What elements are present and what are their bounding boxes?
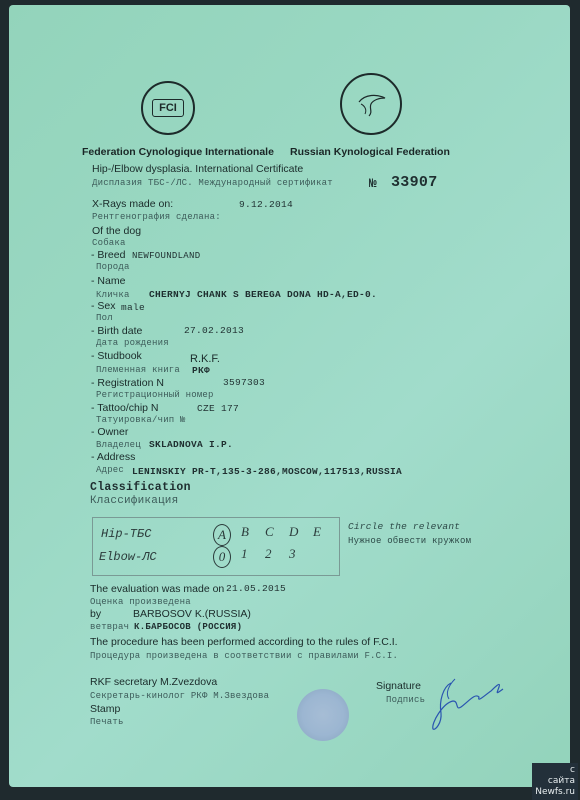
- classification-title-en: Classification: [90, 481, 191, 494]
- sex-label-en: - Sex: [91, 300, 116, 312]
- studbook-value-en: R.K.F.: [190, 353, 220, 365]
- stamp-seal: [297, 689, 349, 741]
- studbook-label-ru: Племенная книга: [96, 365, 180, 375]
- fci-globe-icon: FCI: [152, 99, 184, 117]
- watermark-line-1: с: [535, 765, 575, 776]
- breed-label-en: - Breed: [91, 249, 125, 261]
- classification-box: Hip-ТБС Elbow-ЛС ABCDE 0123: [92, 517, 340, 576]
- fci-logo-text: FCI: [159, 102, 177, 114]
- tattoo-label-ru: Татуировка/чип №: [96, 415, 186, 425]
- hip-label: Hip-ТБС: [101, 527, 151, 541]
- procedure-ru: Процедура произведена в соответствии с п…: [90, 651, 398, 661]
- birth-label-ru: Дата рождения: [96, 338, 169, 348]
- certificate-title-ru: Дисплазия ТБС-/ЛС. Международный сертифи…: [92, 178, 333, 188]
- certificate-number: 33907: [391, 174, 438, 191]
- by-label-ru: ветврач: [90, 622, 129, 632]
- certificate-paper: FCI Federation Cynologique International…: [9, 5, 570, 787]
- grade-D: D: [289, 524, 298, 540]
- stamp-label-en: Stamp: [90, 703, 120, 715]
- address-value: LENINSKIY PR-T,135-3-286,MOSCOW,117513,R…: [132, 466, 402, 477]
- registration-label-ru: Регистрационный номер: [96, 390, 214, 400]
- dog-head-icon: [351, 84, 391, 124]
- breed-label-ru: Порода: [96, 262, 130, 272]
- dog-label-ru: Собака: [92, 238, 126, 248]
- owner-label-ru: Владелец: [96, 440, 141, 450]
- site-watermark: с сайта Newfs.ru: [532, 763, 578, 800]
- grade-A: A: [213, 524, 231, 546]
- stamp-label-ru: Печать: [90, 717, 124, 727]
- vet-name-en: BARBOSOV K.(RUSSIA): [133, 608, 251, 620]
- signature-scribble-icon: [429, 673, 509, 733]
- tattoo-label-en: - Tattoo/chip N: [91, 402, 159, 414]
- grade-B: B: [241, 524, 249, 540]
- org-left-name: Federation Cynologique Internationale: [82, 146, 274, 158]
- address-label-ru: Адрес: [96, 465, 124, 475]
- name-value: CHERNYJ CHANK S BEREGA DONA HD-A,ED-0.: [149, 289, 377, 300]
- dog-label-en: Of the dog: [92, 225, 141, 237]
- sex-value: male: [121, 302, 145, 313]
- address-label-en: - Address: [91, 451, 135, 463]
- evaluation-label-ru: Оценка произведена: [90, 597, 191, 607]
- evaluation-label-en: The evaluation was made on: [90, 583, 224, 595]
- circle-note-en: Circle the relevant: [348, 521, 460, 532]
- breed-value: NEWFOUNDLAND: [132, 251, 200, 261]
- evaluation-date: 21.05.2015: [226, 583, 286, 594]
- classification-title-ru: Классификация: [90, 495, 178, 507]
- birth-label-en: - Birth date: [91, 325, 142, 337]
- xrays-label-en: X-Rays made on:: [92, 198, 173, 210]
- secretary-en: RKF secretary M.Zvezdova: [90, 676, 217, 688]
- by-label-en: by: [90, 608, 101, 620]
- grade-E: E: [313, 524, 321, 540]
- elbow-label: Elbow-ЛС: [99, 550, 157, 564]
- procedure-en: The procedure has been performed accordi…: [90, 636, 398, 648]
- name-label-en: - Name: [91, 275, 125, 287]
- registration-value: 3597303: [223, 377, 265, 388]
- name-label-ru: Кличка: [96, 290, 130, 300]
- org-right-name: Russian Kynological Federation: [290, 146, 450, 158]
- vet-name-ru: К.БАРБОСОВ (РОССИЯ): [134, 622, 242, 632]
- watermark-line-3: Newfs.ru: [535, 787, 575, 798]
- signature-label-ru: Подпись: [386, 695, 425, 705]
- grade-1: 1: [241, 546, 248, 562]
- grade-C: C: [265, 524, 274, 540]
- studbook-label-en: - Studbook: [91, 350, 142, 362]
- grade-3: 3: [289, 546, 296, 562]
- studbook-value-ru: РКФ: [192, 365, 210, 376]
- secretary-ru: Секретарь-кинолог РКФ М.Звездова: [90, 691, 269, 701]
- watermark-line-2: сайта: [535, 776, 575, 787]
- grade-2: 2: [265, 546, 272, 562]
- owner-value: SKLADNOVA I.P.: [149, 439, 233, 450]
- fci-logo: FCI: [141, 81, 195, 135]
- circle-note-ru: Нужное обвести кружком: [348, 536, 471, 546]
- registration-label-en: - Registration N: [91, 377, 164, 389]
- sex-label-ru: Пол: [96, 313, 113, 323]
- xrays-label-ru: Рентгенография сделана:: [92, 212, 221, 222]
- owner-label-en: - Owner: [91, 426, 128, 438]
- xrays-date: 9.12.2014: [239, 199, 293, 210]
- grade-0: 0: [213, 546, 231, 568]
- tattoo-value: CZE 177: [197, 403, 239, 414]
- birth-value: 27.02.2013: [184, 325, 244, 336]
- certificate-number-label: №: [369, 176, 377, 191]
- certificate-title-en: Hip-/Elbow dysplasia. International Cert…: [92, 163, 303, 175]
- rkf-logo: [340, 73, 402, 135]
- signature-label-en: Signature: [376, 680, 421, 692]
